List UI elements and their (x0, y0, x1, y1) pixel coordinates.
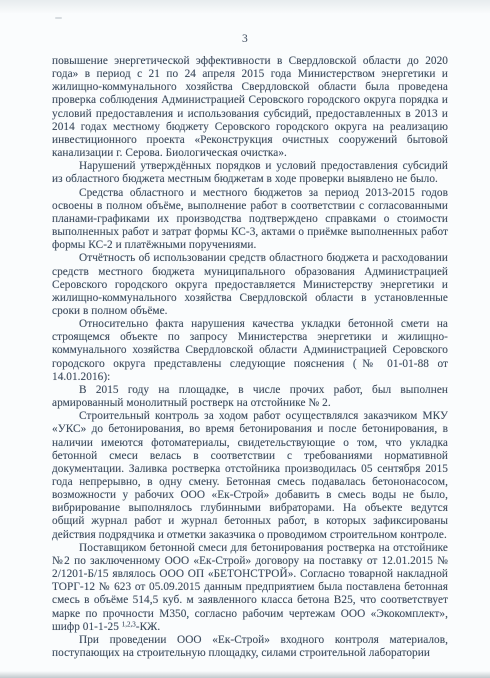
paragraph-reporting: Отчётность об использовании средств обла… (52, 252, 448, 318)
paragraph-construction-control: Строительный контроль за ходом работ осу… (52, 410, 448, 542)
paragraph-concrete-quality-explanations: Относительно факта нарушения качества ук… (52, 318, 448, 384)
paragraph-grillage-2015: В 2015 году на площадке, в числе прочих … (52, 384, 448, 410)
superscript-drawing-code: 1,2,3 (122, 620, 136, 628)
paragraph-incoming-control: При проведении ООО «Ек-Строй» входного к… (52, 634, 448, 660)
paragraph-budget-funds: Средства областного и местного бюджетов … (52, 187, 448, 253)
scan-artifact-top-edge (0, 0, 490, 14)
paragraph-continuation: повышение энергетической эффективности в… (52, 55, 448, 160)
paragraph-no-violations: Нарушений утверждённых порядков и услови… (52, 160, 448, 186)
page-number: 3 (0, 33, 490, 45)
paragraph-concrete-supplier-tail: -КЖ. (136, 621, 160, 633)
document-page: 3 повышение энергетической эффективности… (0, 0, 490, 678)
document-body: повышение энергетической эффективности в… (52, 55, 448, 660)
scan-artifact-speck (55, 17, 62, 19)
scan-artifact-bottom-edge (0, 671, 490, 678)
paragraph-concrete-supplier-text: Поставщиком бетонной смеси для бетониров… (52, 542, 448, 633)
paragraph-concrete-supplier: Поставщиком бетонной смеси для бетониров… (52, 542, 448, 634)
